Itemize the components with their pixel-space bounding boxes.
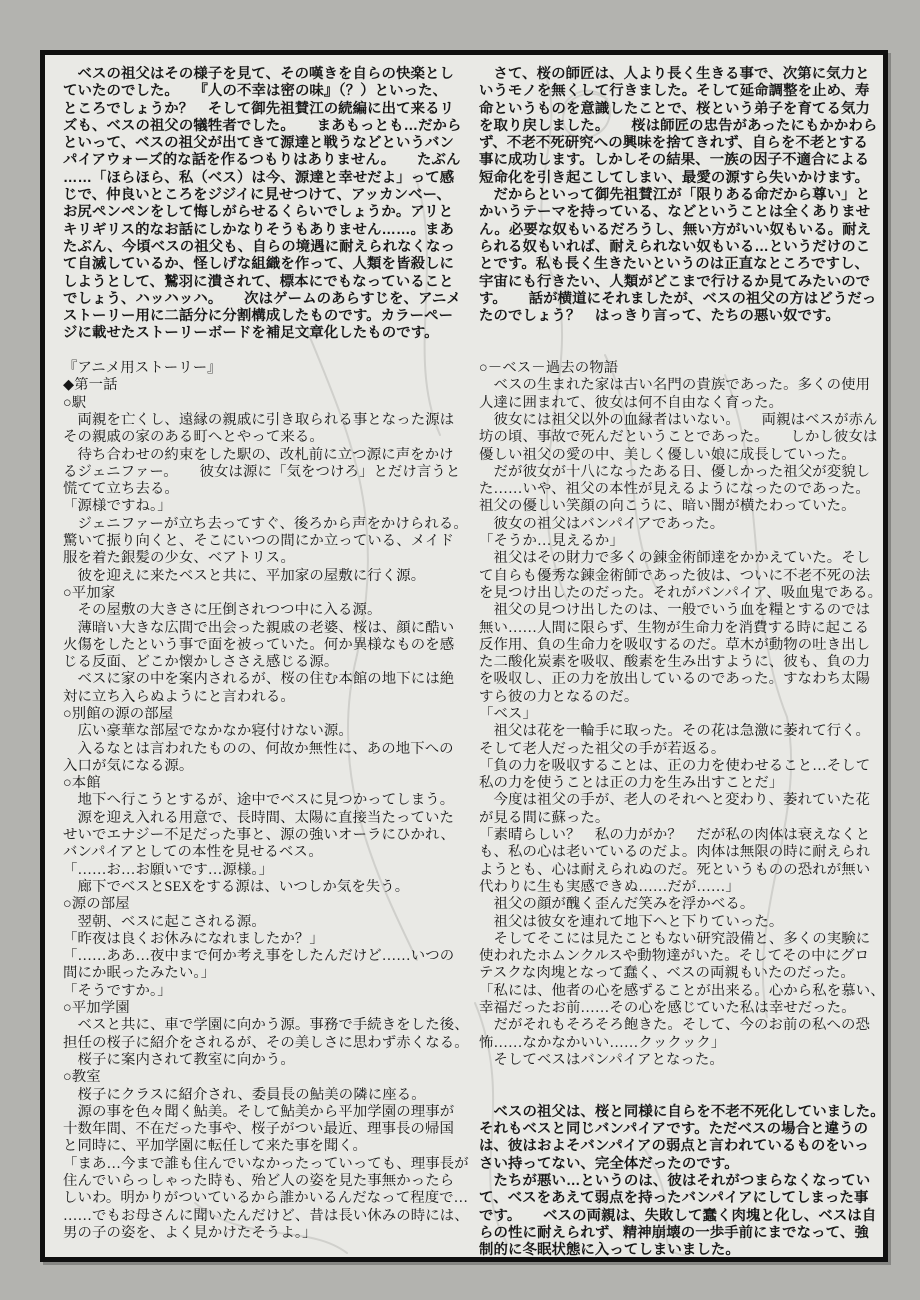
text-line: 桜子に案内されて教室に向かう。	[63, 1052, 467, 1069]
text-line: でしょう、ハッハッハ。 次はゲームのあらすじを、アニメ	[63, 291, 467, 308]
text-line: かいうテーマを持っている、などということは全くありませ	[479, 204, 879, 221]
text-line: らの性に耐えられず、精神崩壊の一歩手前にまでなって、強	[479, 1225, 879, 1242]
text-line: て自滅しているか、怪しげな組織を作って、人類を皆殺しに	[63, 256, 467, 273]
text-line: 命というものを意識したことで、桜という弟子を育てる気力	[479, 101, 879, 118]
text-line: 祖父の顔が醜く歪んだ笑みを浮かべる。	[479, 896, 879, 913]
text-line: ○－ベス－過去の物語	[479, 360, 879, 377]
text-line: 「そうですか。」	[63, 983, 467, 1000]
text-line: 慌てて立ち去る。	[63, 481, 467, 498]
text-line: 怖……なかなかいい……クックック」	[479, 1035, 879, 1052]
blank-line	[479, 325, 879, 342]
text-line: 「源様ですね。」	[63, 498, 467, 515]
text-line: 坊の頃、事故で死んだということであった。 しかし彼女は	[479, 429, 879, 446]
text-line: 反作用、負の生命力を吸収するのだ。草木が動物の吐き出し	[479, 637, 879, 654]
text-line: ベスの祖父はその様子を見て、その嘆きを自らの快楽とし	[63, 66, 467, 83]
text-line: そして老人だった祖父の手が若返る。	[479, 741, 879, 758]
text-line: ズも、ベスの祖父の犠牲者でした。 まあもっとも…だから	[63, 118, 467, 135]
text-line: たのでしょう？ はっきり言って、たちの悪い奴です。	[479, 308, 879, 325]
text-line: と同時に、平加学園に転任して来た事を聞く。	[63, 1138, 467, 1155]
text-line: 火傷をしたという事で面を被っていた。何か異様なものを感	[63, 637, 467, 654]
text-line: 祖父の優しい笑顔の向こうに、暗い闇が横たわっていた。	[479, 498, 879, 515]
text-line: じる反面、どこか懐かしささえ感じる源。	[63, 654, 467, 671]
text-line: たちが悪い…というのは、彼はそれがつまらなくなってい	[479, 1173, 879, 1190]
text-line: た……いや、祖父の本性が見えるようになったのであった。	[479, 481, 879, 498]
text-line: 制的に冬眠状態に入ってしまいました。	[479, 1242, 879, 1259]
text-line: 祖父はその財力で多くの錬金術師達をかかえていた。そし	[479, 550, 879, 567]
text-line: 人達に囲まれて、彼女は何不自由なく育った。	[479, 395, 879, 412]
text-line: 「……お…お願いです…源様。」	[63, 862, 467, 879]
text-line: 今度は祖父の手が、老人のそれへと変わり、萎れていた花	[479, 792, 879, 809]
scanned-document-page: { "colors": { "background": "#b3b3af", "…	[0, 0, 920, 1300]
text-line: 十数年間、不在だった事や、桜子がつい最近、理事長の帰国	[63, 1121, 467, 1138]
text-line: 彼を迎えに来たベスと共に、平加家の屋敷に行く源。	[63, 568, 467, 585]
text-line: 源の事を色々聞く鮎美。そして鮎美から平加学園の理事が	[63, 1104, 467, 1121]
text-line: 驚いて振り向くと、そこにいつの間にか立っている、メイド	[63, 533, 467, 550]
text-line: だが彼女が十八になったある日、優しかった祖父が変貌し	[479, 464, 879, 481]
text-line: その親戚の家のある町へとやって来る。	[63, 429, 467, 446]
text-line: だからといって御先祖賛江が「限りある命だから尊い」と	[479, 187, 879, 204]
text-line: 服を着た銀髪の少女、ベアトリス。	[63, 550, 467, 567]
text-line: しいわ。明かりがついているから誰かいるんだなって程度で…	[63, 1190, 467, 1207]
text-line: 源を迎え入れる用意で、長時間、太陽に直接当たっていた	[63, 810, 467, 827]
text-line: ていたのでした。 『人の不幸は密の味』（？）といった、	[63, 83, 467, 100]
text-line: 幸福だったお前……その心を感じていた私は幸せだった。	[479, 1000, 879, 1017]
text-line: といって、ベスの祖父が出てきて源達と戦うなどというバン	[63, 135, 467, 152]
text-line: 「私には、他者の心を感ずることが出来る。心から私を慕い、	[479, 983, 879, 1000]
text-line: 宇宙にも行きたい、人類がどこまで行けるか見てみたいので	[479, 274, 879, 291]
text-line: せいでエナジー不足だった事と、源の強いオーラにひかれ、	[63, 827, 467, 844]
text-line: じで、仲良いところをジジイに見せつけて、アッカンベー、	[63, 187, 467, 204]
text-line: るジェニファー。 彼女は源に「気をつけろ」とだけ言うと	[63, 464, 467, 481]
text-line: その屋敷の大きさに圧倒されつつ中に入る源。	[63, 602, 467, 619]
text-column-left: ベスの祖父はその様子を見て、その嘆きを自らの快楽としていたのでした。 『人の不幸…	[63, 66, 467, 1242]
text-line: 「負の力を吸収することは、正の力を使わせること…そして	[479, 758, 879, 775]
text-line: を吸収し、正の力を放出しているのであった。すなわち太陽	[479, 671, 879, 688]
text-line: 入口が気になる源。	[63, 758, 467, 775]
text-line: すら彼の力となるのだ。	[479, 689, 879, 706]
text-line: ○別館の源の部屋	[63, 706, 467, 723]
text-line: ベスの祖父は、桜と同様に自らを不老不死化していました。	[479, 1104, 879, 1121]
text-line: 祖父は花を一輪手に取った。その花は急激に萎れて行く。	[479, 723, 879, 740]
text-line: 間にか眠ったみたい。」	[63, 965, 467, 982]
text-line: 私の力を使うことは正の力を生み出すことだ」	[479, 775, 879, 792]
text-line: パイアウォーズ的な話を作るつもりはありません。 たぶん	[63, 152, 467, 169]
text-line: ベスと共に、車で学園に向かう源。事務で手続きをした後、	[63, 1017, 467, 1034]
text-line: だがそれもそろそろ飽きた。そして、今のお前の私への恐	[479, 1017, 879, 1034]
text-line: 担任の桜子に紹介をされるが、その美しさに思わず赤くなる。	[63, 1035, 467, 1052]
text-line: 祖父は彼女を連れて地下へと下りていった。	[479, 914, 879, 931]
text-line: 彼女には祖父以外の血縁者はいない。 両親はベスが赤ん	[479, 412, 879, 429]
text-line: 廊下でベスとSEXをする源は、いつしか気を失う。	[63, 879, 467, 896]
text-line: 薄暗い大きな広間で出会った親戚の老婆、桜は、顔に酷い	[63, 620, 467, 637]
text-line: いうモノを無くして行きました。そして延命調整を止め、寿	[479, 83, 879, 100]
text-line: ストーリー用に二話分に分割構成したものです。カラーペー	[63, 308, 467, 325]
text-line: テスクな肉塊となって蠢く、ベスの両親もいたのだった。	[479, 965, 879, 982]
text-line: 対に立ち入らぬようにと言われる。	[63, 689, 467, 706]
blank-line	[479, 343, 879, 360]
text-line: ジェニファーが立ち去ってすぐ、後ろから声をかけられる。	[63, 516, 467, 533]
text-line: そしてベスはバンパイアとなった。	[479, 1052, 879, 1069]
text-line: 事に成功します。しかしその結果、一族の因子不適合による	[479, 152, 879, 169]
text-line: さて、桜の師匠は、人より長く生きる事で、次第に気力と	[479, 66, 879, 83]
text-line: しようとして、鷲羽に潰されて、標本にでもなっていること	[63, 274, 467, 291]
text-line: 「まあ…今まで誰も住んでいなかったっていっても、理事長が	[63, 1156, 467, 1173]
text-line: を見つけ出したのだった。それがバンパイア、吸血鬼である。	[479, 585, 879, 602]
text-line: 男の子の姿を、よく見かけたそうよ。」	[63, 1225, 467, 1242]
text-line: 代わりに生も実感できぬ……だが……」	[479, 879, 879, 896]
text-line: とです。私も長く生きたいというのは正直なところですし、	[479, 256, 879, 273]
text-line: を取り戻しました。 桜は師匠の忠告があったにもかかわら	[479, 118, 879, 135]
text-line: 祖父の見つけ出したのは、一般でいう血を糧とするのでは	[479, 602, 879, 619]
text-line: ○源の部屋	[63, 896, 467, 913]
text-line: バンパイアとしての本性を見せるベス。	[63, 844, 467, 861]
text-line: ジに載せたストーリーボードを補足文章化したものです。	[63, 325, 467, 342]
text-line: そしてそこには見たこともない研究設備と、多くの実験に	[479, 931, 879, 948]
text-line: 使われたホムンクルスや動物達がいた。そしてその中にグロ	[479, 948, 879, 965]
text-line: 住んでいらっしゃった時も、殆ど人の姿を見た事無かったら	[63, 1173, 467, 1190]
text-line: 無い……人間に限らず、生物が生命力を消費する時に起こる	[479, 620, 879, 637]
text-line: ○本館	[63, 775, 467, 792]
text-column-right: さて、桜の師匠は、人より長く生きる事で、次第に気力というモノを無くして行きました…	[479, 66, 879, 1259]
text-line: も、私の心は老いているのだよ。肉体は無限の時に耐えられ	[479, 844, 879, 861]
text-line: 「素晴らしい？ 私の力がか？ だが私の肉体は衰えなくと	[479, 827, 879, 844]
blank-line	[479, 1069, 879, 1086]
text-line: キリギリス的なお話にしかなりそうもありません……。まあ	[63, 222, 467, 239]
text-line: て、ベスをあえて弱点を持ったバンパイアにしてしまった事	[479, 1190, 879, 1207]
text-line: です。 ベスの両親は、失敗して蠢く肉塊と化し、ベスは自	[479, 1208, 879, 1225]
text-line: ようとも、心は耐えられぬのだ。死というものの恐れが無い	[479, 862, 879, 879]
text-line: 入るなとは言われたものの、何故か無性に、あの地下への	[63, 741, 467, 758]
text-line: 地下へ行こうとするが、途中でベスに見つかってしまう。	[63, 792, 467, 809]
text-line: られる奴もいれば、耐えられない奴もいる…というだけのこ	[479, 239, 879, 256]
text-line: ○駅	[63, 395, 467, 412]
text-line: 優しい祖父の愛の中、美しく優しい娘に成長していった。	[479, 447, 879, 464]
text-line: ○平加学園	[63, 1000, 467, 1017]
text-line: ん。必要な奴もいるだろうし、無い方がいい奴もいる。耐え	[479, 222, 879, 239]
text-line: 桜子にクラスに紹介され、委員長の鮎美の隣に座る。	[63, 1087, 467, 1104]
text-line: ベスに家の中を案内されるが、桜の住む本館の地下には絶	[63, 671, 467, 688]
text-line: は、彼はおよそバンパイアの弱点と言われているものをいっ	[479, 1138, 879, 1155]
text-line: ……「ほらほら、私（ベス）は今、源達と幸せだよ」って感	[63, 170, 467, 187]
text-line: さい持ってない、完全体だったのです。	[479, 1156, 879, 1173]
blank-line	[479, 1087, 879, 1104]
blank-line	[63, 343, 467, 360]
text-line: ◆第一話	[63, 377, 467, 394]
text-line: 広い豪華な部屋でなかなか寝付けない源。	[63, 723, 467, 740]
text-line: た二酸化炭素を吸収、酸素を生み出すように、彼も、負の力	[479, 654, 879, 671]
text-line: 彼女の祖父はバンパイアであった。	[479, 516, 879, 533]
page-frame: ベスの祖父はその様子を見て、その嘆きを自らの快楽としていたのでした。 『人の不幸…	[40, 50, 888, 1262]
text-line: て自らも優秀な錬金術師であった彼は、ついに不老不死の法	[479, 568, 879, 585]
text-line: ず、不老不死研究への興味を捨てきれず、自らを不老とする	[479, 135, 879, 152]
text-line: 「昨夜は良くお休みになれましたか？」	[63, 931, 467, 948]
text-line: 「ベス」	[479, 706, 879, 723]
text-line: たぶん、今頃ベスの祖父も、自らの境遇に耐えられなくなっ	[63, 239, 467, 256]
text-line: 「……ああ…夜中まで何か考え事をしたんだけど……いつの	[63, 948, 467, 965]
text-line: ○平加家	[63, 585, 467, 602]
text-line: す。 話が横道にそれましたが、ベスの祖父の方はどうだっ	[479, 291, 879, 308]
text-line: 翌朝、ベスに起こされる源。	[63, 914, 467, 931]
text-line: それもベスと同じバンパイアです。ただベスの場合と違うの	[479, 1121, 879, 1138]
text-line: ○教室	[63, 1069, 467, 1086]
text-line: ……でもお母さんに聞いたんだけど、昔は長い休みの時には、	[63, 1208, 467, 1225]
text-line: ところでしょうか？ そして御先祖賛江の続編に出て来るリ	[63, 101, 467, 118]
text-line: ベスの生まれた家は古い名門の貴族であった。多くの使用	[479, 377, 879, 394]
text-line: 待ち合わせの約束をした駅の、改札前に立つ源に声をかけ	[63, 447, 467, 464]
text-line: 短命化を引き起こしてしまい、最愛の源すら失いかけます。	[479, 170, 879, 187]
text-line: お尻ペンペンをして悔しがらせるくらいでしょうか。アリと	[63, 204, 467, 221]
text-line: 両親を亡くし、遠縁の親戚に引き取られる事となった源は	[63, 412, 467, 429]
text-line: が見る間に蘇った。	[479, 810, 879, 827]
text-line: 「そうか…見えるか」	[479, 533, 879, 550]
text-line: 『アニメ用ストーリー』	[63, 360, 467, 377]
